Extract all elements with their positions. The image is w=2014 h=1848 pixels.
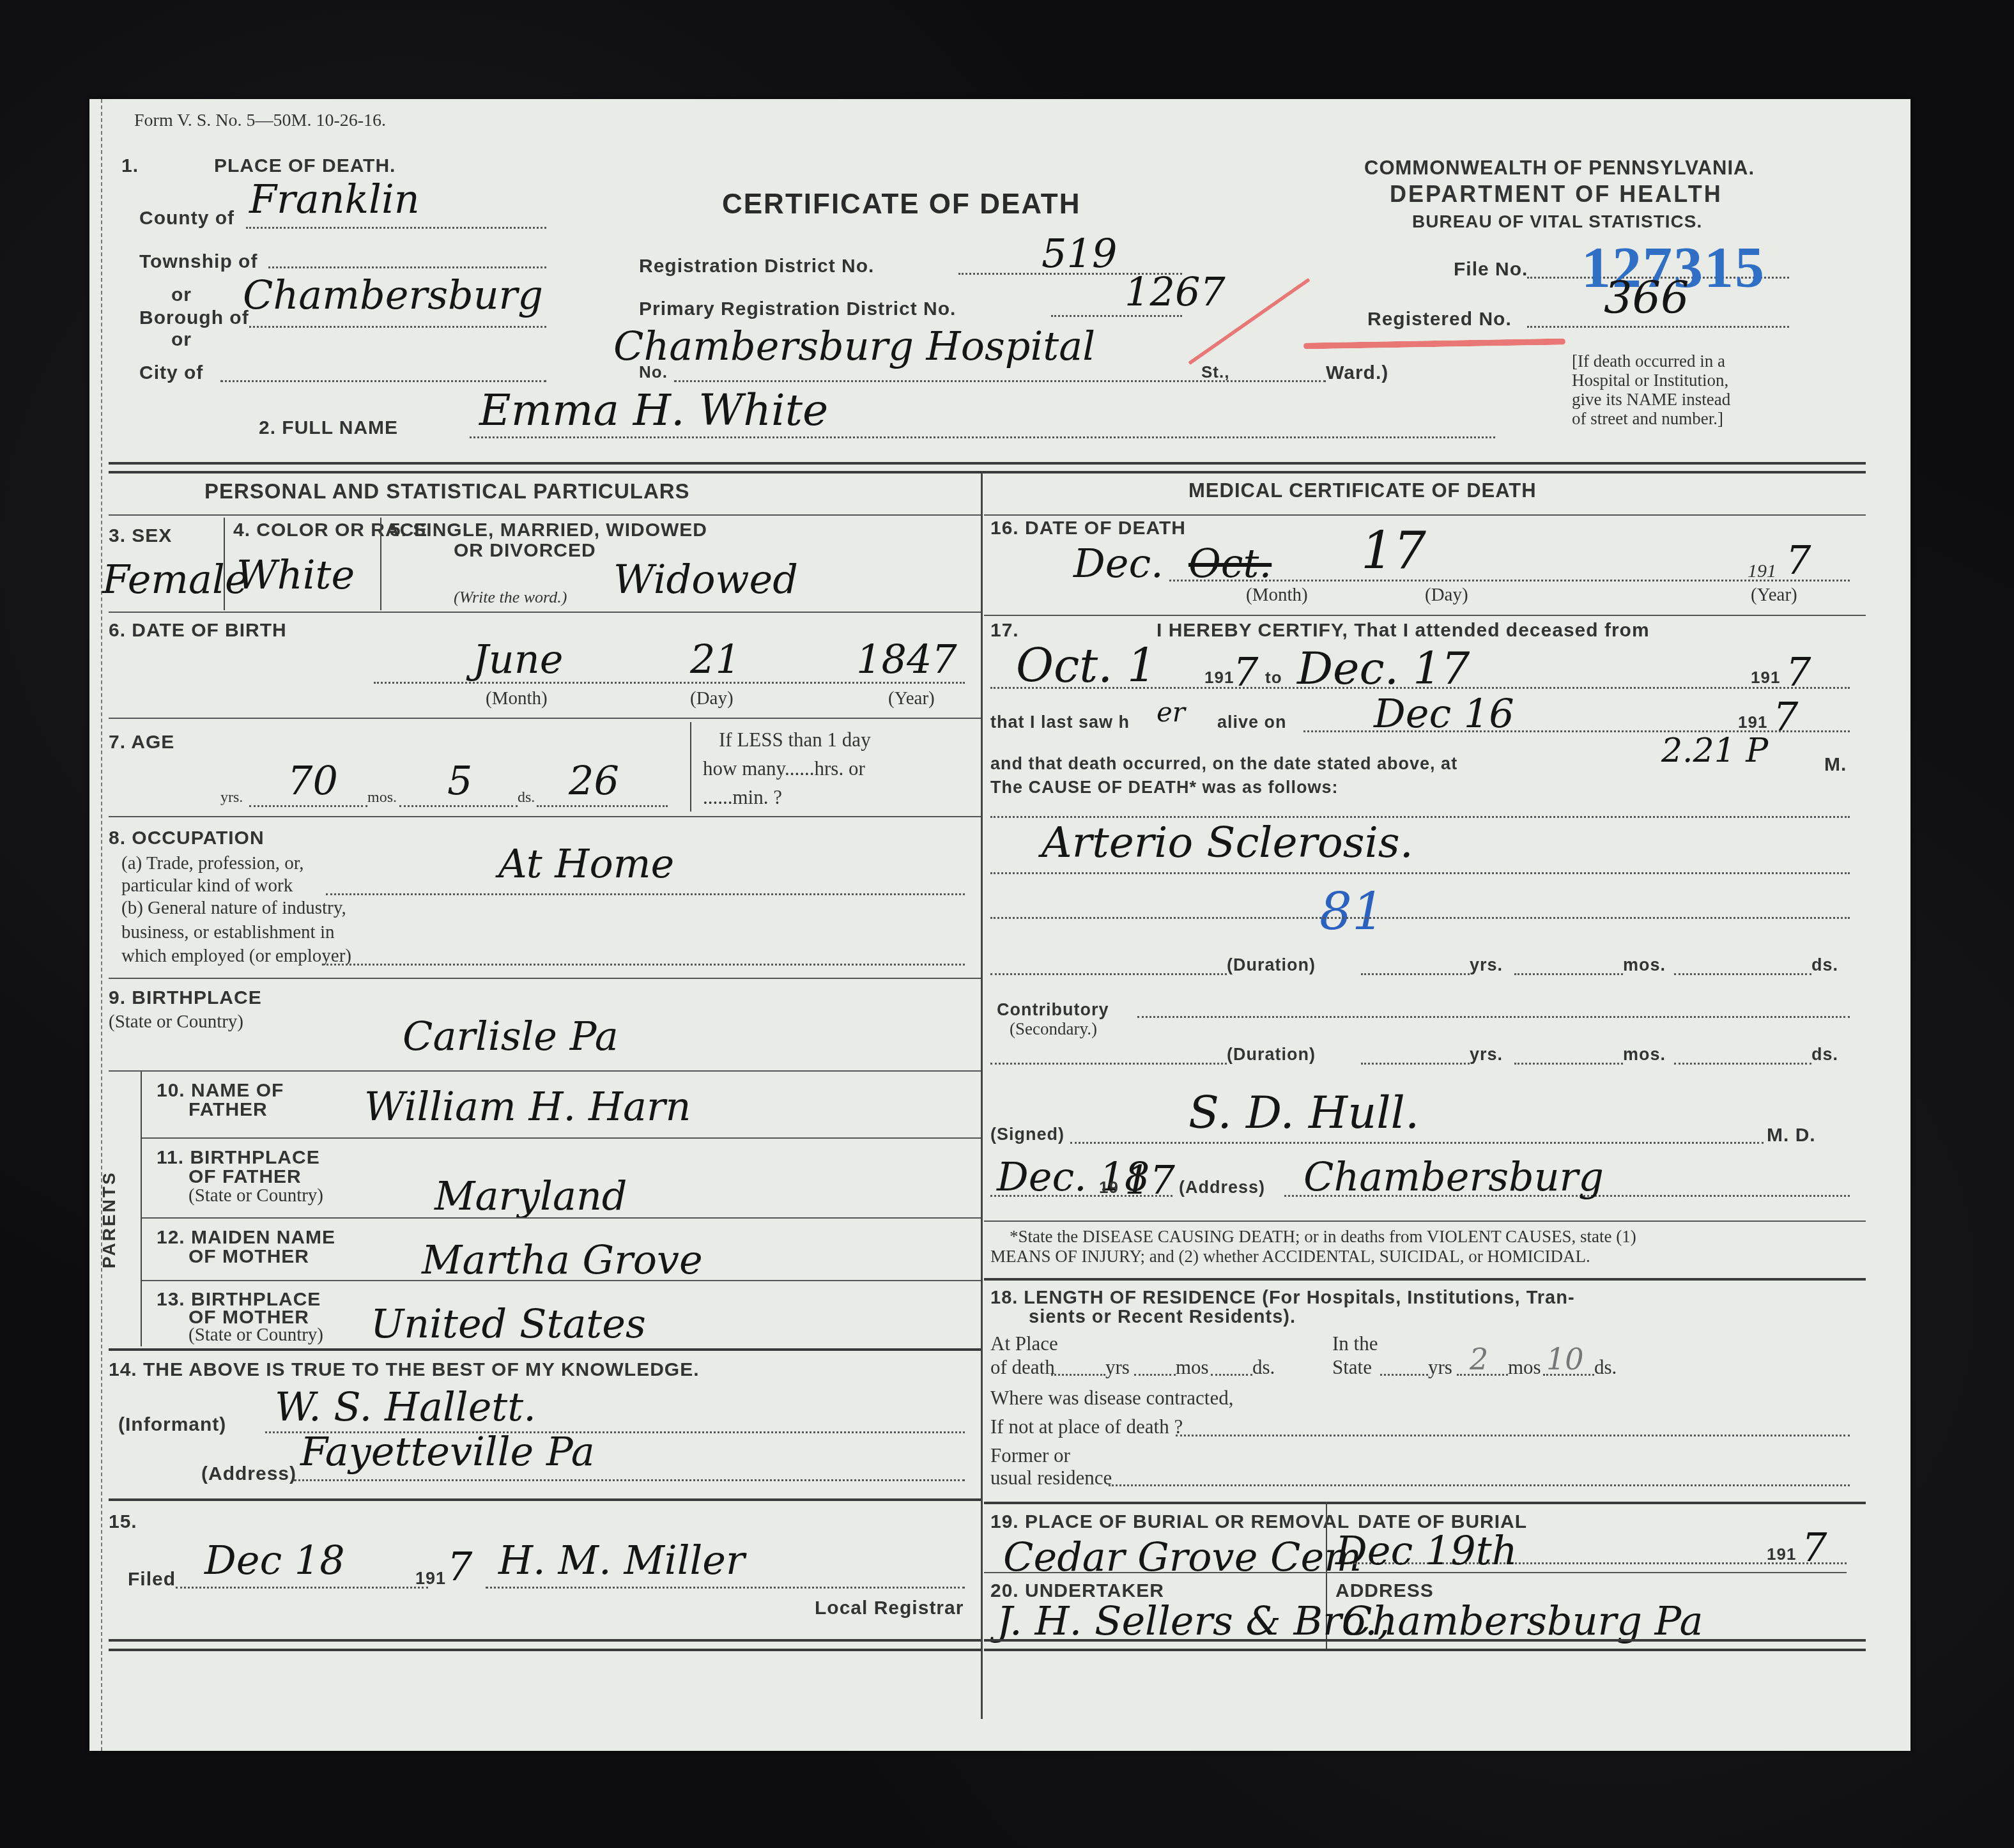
ds-label: ds. — [1252, 1356, 1275, 1379]
year-prefix: 191 — [1204, 668, 1234, 688]
physician-address: Chambersburg — [1303, 1153, 1604, 1200]
undertaker-address-value: Chambersburg Pa — [1342, 1598, 1703, 1644]
burial-year: 7 — [1802, 1524, 1827, 1571]
occupation-b-text: which employed (or employer) — [121, 946, 351, 967]
divider — [109, 462, 1866, 465]
borough-line — [249, 326, 546, 328]
attended-from-year: 7 — [1233, 649, 1258, 695]
date-of-death-day: 17 — [1361, 521, 1426, 580]
yrs-label: yrs — [1105, 1356, 1130, 1379]
age-mos-line — [399, 805, 518, 807]
registrar-line — [486, 1587, 965, 1589]
burial-place-label: 19. PLACE OF BURIAL OR REMOVAL — [990, 1511, 1349, 1533]
ward-label: Ward.) — [1326, 362, 1388, 384]
ds-label: ds. — [1811, 955, 1838, 975]
parents-divider — [141, 1072, 142, 1346]
to-label: to — [1265, 668, 1282, 688]
footnote: MEANS OF INJURY; and (2) whether ACCIDEN… — [990, 1247, 1590, 1267]
sex-value: Female — [102, 556, 249, 603]
parents-vertical-label: PARENTS — [99, 1171, 119, 1268]
where-contracted-line — [1176, 1435, 1850, 1436]
duration-yrs-line — [1361, 1063, 1470, 1065]
divider — [984, 1278, 1866, 1281]
cause-line — [990, 872, 1850, 874]
mos-label: mos — [1176, 1356, 1209, 1379]
if-not-label: If not at place of death ? — [990, 1415, 1183, 1438]
state-days: 10 — [1546, 1342, 1584, 1376]
registrar-signature: H. M. Miller — [498, 1537, 745, 1583]
state-country-caption: (State or Country) — [188, 1325, 323, 1346]
where-contracted-label: Where was disease contracted, — [990, 1387, 1233, 1410]
attended-from-date: Oct. 1 — [1016, 639, 1157, 693]
registration-district-value: 519 — [1042, 230, 1117, 277]
less-than-day-text: how many......hrs. or — [703, 757, 865, 780]
township-label: Township of — [139, 251, 258, 273]
year-prefix: 191 — [1751, 668, 1780, 688]
death-time-value: 2.21 P — [1661, 732, 1768, 770]
divider — [109, 471, 1866, 474]
less-than-day-text: If LESS than 1 day — [719, 728, 871, 751]
county-value: Franklin — [249, 176, 420, 222]
borough-label: Borough of — [139, 307, 249, 329]
occupation-b-text: business, or establishment in — [121, 922, 334, 943]
duration-mos-line — [1514, 973, 1623, 975]
issuer-line-2: DEPARTMENT OF HEALTH — [1390, 181, 1723, 208]
last-saw-date: Dec 16 — [1374, 690, 1514, 737]
year-prefix: 191 — [1738, 712, 1767, 732]
form-id: Form V. S. No. 5—50M. 10-26-16. — [134, 111, 386, 131]
cause-code: 81 — [1319, 882, 1385, 941]
divider — [109, 978, 981, 979]
filed-section-number: 15. — [109, 1511, 137, 1533]
mother-name-value: Martha Grove — [422, 1236, 703, 1283]
registered-no-line — [1527, 326, 1789, 328]
signature-line — [1070, 1142, 1764, 1144]
city-label: City of — [139, 362, 203, 384]
informant-address-line — [294, 1479, 965, 1481]
county-label: County of — [139, 208, 234, 229]
cause-of-death-value: Arterio Sclerosis. — [1042, 818, 1413, 867]
mother-name-label: 12. MAIDEN NAME — [157, 1227, 335, 1249]
marital-label-2: OR DIVORCED — [454, 540, 596, 562]
filed-label: Filed — [128, 1569, 176, 1590]
attended-to-year: 7 — [1786, 649, 1811, 695]
death-time-suffix: M. — [1824, 754, 1847, 776]
age-label: 7. AGE — [109, 732, 174, 753]
year-caption: (Year) — [888, 688, 935, 709]
year-prefix: 19 — [1099, 1178, 1119, 1197]
duration-label: (Duration) — [1227, 1045, 1316, 1065]
death-certificate: Form V. S. No. 5—50M. 10-26-16. 1. PLACE… — [89, 99, 1910, 1751]
county-line — [246, 227, 546, 229]
divider — [142, 1280, 981, 1281]
full-name-line — [470, 436, 1495, 438]
burial-date-value: Dec 19th — [1335, 1527, 1518, 1574]
last-saw-pronoun: er — [1157, 697, 1185, 728]
dob-day: 21 — [690, 636, 741, 682]
occupation-label: 8. OCCUPATION — [109, 828, 265, 849]
attended-to-date: Dec. 17 — [1297, 642, 1470, 695]
primary-reg-value: 1267 — [1125, 268, 1226, 315]
registered-no-value: 366 — [1604, 272, 1689, 324]
divider — [109, 718, 981, 719]
father-birthplace-label: 11. BIRTHPLACE — [157, 1147, 320, 1169]
date-of-death-label: 16. DATE OF DEATH — [990, 518, 1186, 539]
informant-address-label: (Address) — [201, 1463, 296, 1485]
year-prefix: 191 — [1767, 1544, 1796, 1564]
month-caption: (Month) — [486, 688, 548, 709]
registrar-label: Local Registrar — [815, 1598, 964, 1619]
divider — [984, 1502, 1866, 1504]
duration-ds-line — [1674, 973, 1811, 975]
divider — [984, 514, 1866, 516]
res-ds-line — [1211, 1374, 1252, 1376]
at-place-label: At Place — [990, 1332, 1058, 1355]
divider — [142, 1217, 981, 1219]
divider — [109, 1649, 981, 1651]
age-yrs-line — [249, 805, 367, 807]
filed-line — [176, 1587, 428, 1589]
st-label: St., — [1201, 362, 1229, 382]
occupation-a-text: (a) Trade, profession, or, — [121, 853, 304, 874]
ds-label: ds. — [1594, 1356, 1617, 1379]
duration-line — [990, 973, 1227, 975]
dob-month: June — [473, 636, 563, 682]
borough-value: Chambersburg — [243, 272, 543, 318]
month-caption: (Month) — [1246, 585, 1308, 606]
filed-date: Dec 18 — [204, 1537, 345, 1583]
duration-line — [990, 1063, 1227, 1065]
at-place-label: of death — [990, 1356, 1055, 1379]
divider — [984, 1572, 1847, 1573]
marital-hint: (Write the word.) — [454, 588, 567, 607]
full-name-label: 2. FULL NAME — [259, 417, 398, 439]
occupation-a-text: particular kind of work — [121, 875, 293, 897]
filed-year-prefix: 191 — [415, 1569, 446, 1589]
day-caption: (Day) — [1425, 585, 1468, 606]
divider — [109, 1070, 981, 1072]
date-of-death-month-struck: Oct. — [1188, 540, 1272, 587]
father-name-label: 10. NAME OF — [157, 1080, 284, 1102]
ds-label: ds. — [1811, 1045, 1838, 1065]
res-yrs-line — [1051, 1374, 1105, 1376]
divider — [984, 615, 1866, 616]
cell-divider — [690, 722, 691, 812]
state-country-caption: (State or Country) — [109, 1012, 243, 1033]
divider — [109, 1639, 981, 1642]
cause-line — [990, 917, 1850, 919]
footnote: *State the DISEASE CAUSING DEATH; or in … — [1010, 1227, 1636, 1247]
address-label: (Address) — [1179, 1178, 1265, 1197]
duration-mos-line — [1514, 1063, 1623, 1065]
full-name-value: Emma H. White — [479, 385, 828, 436]
hospital-note: [If death occurred in a Hospital or Inst… — [1572, 351, 1730, 428]
residence-label: 18. LENGTH OF RESIDENCE (For Hospitals, … — [990, 1288, 1575, 1309]
registration-district-label: Registration District No. — [639, 256, 874, 277]
year-caption: (Year) — [1751, 585, 1797, 606]
in-state-label: In the — [1332, 1332, 1378, 1355]
divider — [984, 1649, 1866, 1651]
physician-signature: S. D. Hull. — [1188, 1086, 1419, 1139]
certificate-title: CERTIFICATE OF DEATH — [722, 189, 1080, 220]
undertaker-value: J. H. Sellers & Bro., — [997, 1598, 1390, 1644]
duration-ds-line — [1674, 1063, 1811, 1065]
or-label: or — [171, 329, 192, 351]
yrs-label: yrs. — [1470, 955, 1503, 975]
mos-caption: mos. — [367, 789, 397, 806]
burial-place-value: Cedar Grove Cem — [1003, 1534, 1362, 1580]
mother-name-label: OF MOTHER — [188, 1246, 309, 1268]
age-ds-line — [537, 805, 668, 807]
registered-no-label: Registered No. — [1367, 309, 1512, 330]
file-no-label: File No. — [1454, 259, 1528, 281]
personal-heading: PERSONAL AND STATISTICAL PARTICULARS — [204, 479, 690, 504]
state-country-caption: (State or Country) — [188, 1185, 323, 1206]
primary-reg-line — [1051, 315, 1182, 317]
filed-year-digit: 7 — [447, 1543, 472, 1590]
primary-reg-label: Primary Registration District No. — [639, 298, 956, 320]
age-years: 70 — [288, 757, 338, 804]
date-of-death-year-prefix: 191 — [1748, 560, 1776, 582]
birthplace-value: Carlisle Pa — [403, 1013, 619, 1059]
occupation-b-text: (b) General nature of industry, — [121, 898, 346, 919]
informant-value: W. S. Hallett. — [275, 1383, 536, 1430]
signed-year: 17 — [1125, 1157, 1175, 1203]
day-caption: (Day) — [690, 688, 734, 709]
cell-divider — [380, 518, 381, 610]
father-birthplace-value: Maryland — [434, 1173, 627, 1219]
marital-value: Widowed — [613, 556, 798, 603]
mos-label: mos — [1508, 1356, 1541, 1379]
residence-label: sients or Recent Residents). — [1029, 1307, 1296, 1328]
informant-address-value: Fayetteville Pa — [300, 1428, 595, 1475]
city-line — [220, 380, 546, 382]
divider — [142, 1137, 981, 1139]
age-days: 26 — [569, 757, 619, 804]
contributory-label: (Secondary.) — [1010, 1019, 1097, 1039]
place-of-death-heading: PLACE OF DEATH. — [214, 155, 396, 177]
date-of-death-year-digit: 7 — [1786, 537, 1811, 583]
age-months: 5 — [447, 757, 472, 804]
column-divider — [981, 473, 983, 1719]
dob-label: 6. DATE OF BIRTH — [109, 620, 287, 642]
medical-heading: MEDICAL CERTIFICATE OF DEATH — [1188, 479, 1537, 502]
yrs-caption: yrs. — [220, 789, 243, 806]
ds-caption: ds. — [518, 789, 535, 806]
former-residence-label: Former or — [990, 1444, 1070, 1467]
occupation-line — [326, 893, 965, 895]
md-label: M. D. — [1767, 1125, 1816, 1146]
birthplace-label: 9. BIRTHPLACE — [109, 987, 262, 1009]
father-name-value: William H. Harn — [364, 1083, 691, 1130]
divider — [109, 1498, 981, 1501]
red-pencil-mark — [1303, 338, 1565, 349]
contributory-label: Contributory — [997, 1000, 1109, 1020]
sex-label: 3. SEX — [109, 525, 172, 547]
or-label: or — [171, 284, 192, 306]
issuer-line-1: COMMONWEALTH OF PENNSYLVANIA. — [1364, 157, 1755, 180]
former-residence-label: usual residence — [990, 1467, 1112, 1490]
duration-label: (Duration) — [1227, 955, 1316, 975]
date-of-death-month: Dec. — [1073, 540, 1164, 587]
father-birthplace-label: OF FATHER — [188, 1166, 302, 1188]
mos-label: mos. — [1623, 1045, 1666, 1065]
section-17-number: 17. — [990, 620, 1019, 642]
divider — [984, 1220, 1866, 1222]
contributory-line — [1137, 1016, 1850, 1018]
informant-heading: 14. THE ABOVE IS TRUE TO THE BEST OF MY … — [109, 1359, 700, 1381]
last-saw-year: 7 — [1773, 693, 1798, 740]
divider — [109, 816, 981, 817]
informant-label: (Informant) — [118, 1414, 226, 1436]
in-state-label: State — [1332, 1356, 1372, 1379]
occupation-value: At Home — [498, 840, 674, 887]
section-1-number: 1. — [121, 155, 139, 177]
former-residence-line — [1109, 1484, 1850, 1486]
death-time-label: and that death occurred, on the date sta… — [990, 754, 1457, 774]
race-value: White — [236, 551, 355, 598]
res-mos-line — [1134, 1374, 1176, 1376]
mos-label: mos. — [1623, 955, 1666, 975]
less-than-day-text: ......min. ? — [703, 786, 782, 809]
dob-year: 1847 — [856, 636, 957, 682]
state-months: 2 — [1470, 1342, 1488, 1376]
yrs-label: yrs. — [1470, 1045, 1503, 1065]
signed-label: (Signed) — [990, 1125, 1065, 1144]
alive-on-label: alive on — [1217, 712, 1287, 732]
cause-label: The CAUSE OF DEATH* was as follows: — [990, 778, 1339, 797]
township-line — [268, 266, 546, 268]
mother-birthplace-value: United States — [371, 1300, 646, 1347]
industry-line — [323, 964, 965, 966]
duration-yrs-line — [1361, 973, 1470, 975]
yrs-label: yrs — [1428, 1356, 1452, 1379]
institution-value: Chambersburg Hospital — [613, 323, 1095, 369]
state-yrs-line — [1380, 1374, 1428, 1376]
father-name-label: FATHER — [188, 1099, 268, 1121]
divider — [109, 514, 981, 516]
issuer-line-3: BUREAU OF VITAL STATISTICS. — [1412, 212, 1702, 232]
certify-text: I HEREBY CERTIFY, That I attended deceas… — [1157, 620, 1650, 642]
last-saw-label: that I last saw h — [990, 712, 1130, 732]
divider — [109, 1348, 981, 1351]
marital-label-1: 5. SINGLE, MARRIED, WIDOWED — [390, 520, 707, 541]
divider — [984, 1639, 1866, 1642]
divider — [109, 612, 981, 613]
